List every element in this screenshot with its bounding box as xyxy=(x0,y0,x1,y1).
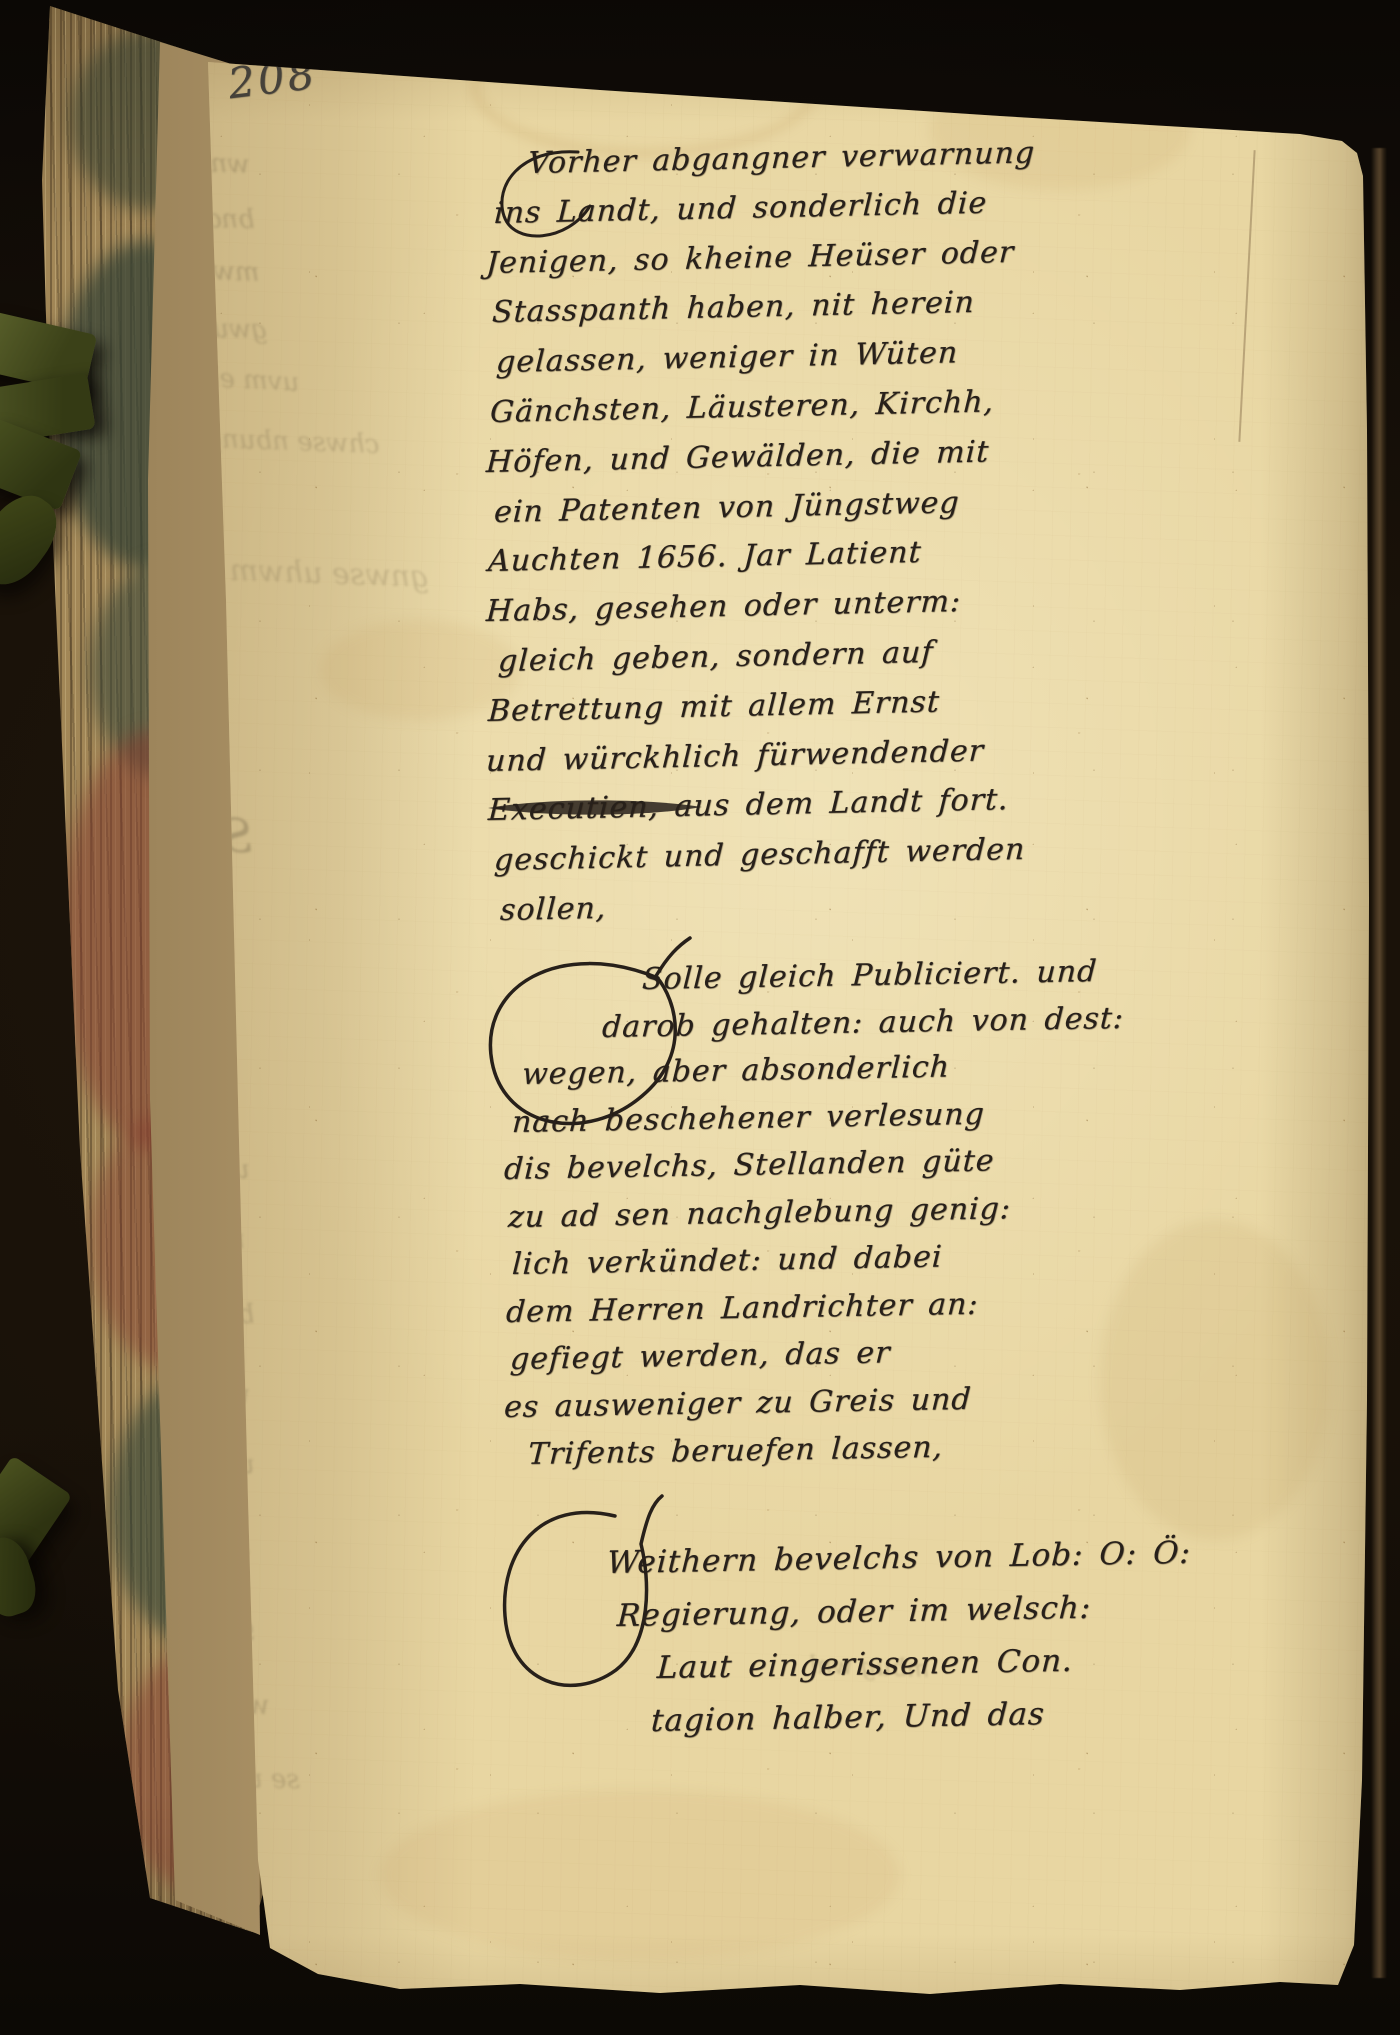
manuscript-line: wegen, aber absonderlich xyxy=(521,1050,951,1093)
manuscript-line: Trifents beruefen lassen, xyxy=(527,1430,944,1472)
next-page-edge xyxy=(1371,148,1387,1978)
manuscript-line: Laut eingerissenen Con. xyxy=(656,1643,1074,1686)
manuscript-line: es ausweniger zu Greis und xyxy=(503,1381,972,1424)
manuscript-line: gefiegt werden, das er xyxy=(509,1335,891,1377)
manuscript-line: sollen, xyxy=(499,891,607,928)
manuscript-line: Regierung, oder im welsch: xyxy=(616,1589,1092,1633)
manuscript-line: tagion halber, Und das xyxy=(650,1696,1046,1739)
manuscript-photo: wnug pnuhw vnlo mbnd wesfungs uhwmwnch s… xyxy=(0,0,1400,2035)
initial-flourish-paragraph3 xyxy=(505,1496,662,1685)
